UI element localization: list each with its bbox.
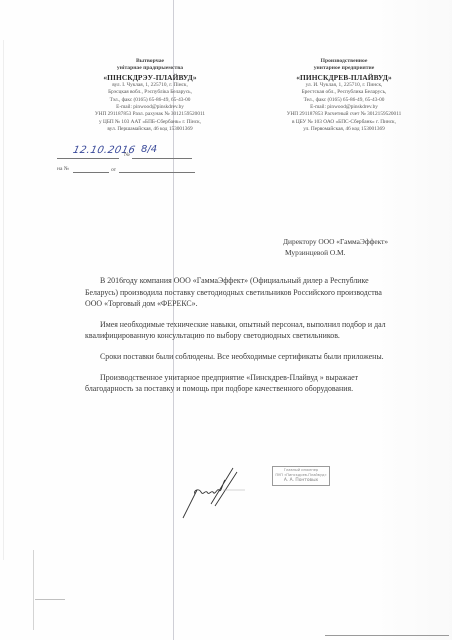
from-label: от bbox=[111, 167, 116, 173]
letter-body: В 2016году компания ООО «ГаммаЭффект» (О… bbox=[85, 275, 397, 404]
handwritten-number: 8/4 bbox=[141, 144, 157, 155]
letterhead-russian: Производственное унитарное предприятие «… bbox=[254, 58, 434, 134]
stamp-name: А. А. Понтовых bbox=[273, 478, 329, 483]
official-stamp: Главный инженер ПУП «Пинскдрев-Плайвуд» … bbox=[272, 466, 330, 486]
number-label: № bbox=[124, 152, 130, 158]
outgoing-registration: 12.10.2016 № 8/4 bbox=[57, 148, 172, 162]
bank-line: УНП 291187853 Расчетный счет № 301215952… bbox=[254, 111, 434, 118]
bank-line: ул. Первомайская, 46 код 153001369 bbox=[254, 126, 434, 133]
scan-artifact bbox=[33, 550, 34, 630]
scan-edge bbox=[3, 40, 4, 560]
org-name: «ПІНСКДРЭУ-ПЛАЙВУД» bbox=[60, 73, 240, 82]
from-underline bbox=[119, 172, 195, 173]
email-line: E-mail: pinwood@pinskdrev.by bbox=[60, 104, 240, 111]
org-type: унитарное предприятие bbox=[254, 65, 434, 72]
bank-line: вул. Першамайская, 46 код 153001369 bbox=[60, 126, 240, 133]
paragraph: Производственное унитарное предприятие «… bbox=[85, 372, 397, 395]
scan-artifact bbox=[35, 599, 65, 600]
paragraph: В 2016году компания ООО «ГаммаЭффект» (О… bbox=[85, 275, 397, 310]
date-underline bbox=[57, 158, 119, 159]
scanned-letter-page: Вытворчае унітарнае прадпрыемства «ПІНСК… bbox=[0, 0, 452, 640]
phone-line: Тэл., факс (0165) 65-86-49, 65-43-00 bbox=[60, 97, 240, 104]
addressee-name: Мурзинцевой О.М. bbox=[283, 247, 388, 258]
paragraph: Имея необходимые технические навыки, опы… bbox=[85, 319, 397, 342]
bank-line: УНП 291187853 Разл. рахунак № 3012159520… bbox=[60, 111, 240, 118]
scan-artifact bbox=[325, 635, 449, 636]
org-type: унітарнае прадпрыемства bbox=[60, 65, 240, 72]
addressee-position: Директору ООО «ГаммаЭффект» bbox=[283, 236, 388, 247]
address-line: Брестская обл., Республика Беларусь, bbox=[254, 89, 434, 96]
org-name: «ПИНСКДРЕВ-ПЛАЙВУД» bbox=[254, 73, 434, 82]
number-underline bbox=[132, 158, 192, 159]
letterhead-belarusian: Вытворчае унітарнае прадпрыемства «ПІНСК… bbox=[60, 58, 240, 134]
handwritten-signature bbox=[175, 460, 255, 520]
phone-line: Тел., факс (0165) 65-86-49, 65-43-00 bbox=[254, 97, 434, 104]
addressee-block: Директору ООО «ГаммаЭффект» Мурзинцевой … bbox=[283, 236, 388, 258]
org-kind: Вытворчае bbox=[60, 58, 240, 65]
ref-label: на № bbox=[57, 166, 69, 172]
ref-underline bbox=[73, 172, 109, 173]
address-line: Брэсцкая вобл., Рэспубліка Беларусь, bbox=[60, 89, 240, 96]
reference-registration: на № от bbox=[57, 166, 197, 176]
paragraph: Сроки поставки были соблюдены. Все необх… bbox=[85, 351, 397, 363]
org-kind: Производственное bbox=[254, 58, 434, 65]
